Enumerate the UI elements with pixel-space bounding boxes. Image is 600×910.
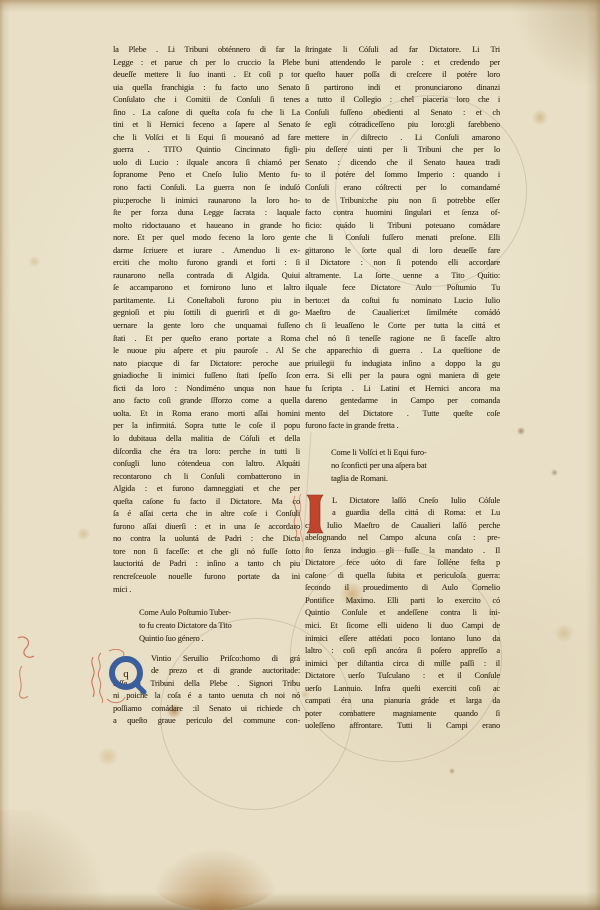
left-paragraph-2: q Vintio Seruilio Priſco:homo di gráde p… <box>113 653 300 728</box>
text-line: ficio: quádo li Tribuni poteuano comádar… <box>305 220 500 233</box>
page-corner-shade <box>0 810 120 910</box>
text-line: buni attendendo le parole : et credendo … <box>305 57 500 70</box>
text-line: ilquale fece Dictatore Aulo Poſtumio Tu <box>305 282 500 295</box>
text-line: la Plebe . Li Tribuni obténnero di far l… <box>113 44 300 57</box>
text-line: campati éra una pianuria gráde et larga … <box>305 695 500 708</box>
text-line: gniadioche li inimici fuſſeno ſtati ſpeſ… <box>113 370 300 383</box>
text-line: Algida : et furono damneggiati et che pe… <box>113 483 300 496</box>
text-line: altramente. La ſorte uenne a Tito Quítio… <box>305 270 500 283</box>
stain <box>449 768 455 774</box>
text-line: no contra la uoluntá de Padri : che Dict… <box>113 533 300 546</box>
text-line: Maeſtro de Caualieri:et ſimilméte comádó <box>305 307 500 320</box>
text-line: lo dubitaua della malitia de Cóſuli et d… <box>113 433 300 446</box>
text-line: piu deſſere uinti per li Tribuni che per… <box>305 144 500 157</box>
text-line: caſone di quella ſubita et periculoſa gu… <box>305 570 500 583</box>
text-line: Vintio Seruilio Priſco:homo di grá <box>113 653 300 666</box>
text-line: uolo di Lucio : ilquale ancora ſi chiamó… <box>113 157 300 170</box>
text-line: ſto ſenza indugio gli fuſſe la mandato .… <box>305 545 500 558</box>
text-line: inimici eſſere attédati poco lontano lun… <box>305 633 500 646</box>
text-line: mici. Et ſicome elli uideno li duo Campi… <box>305 620 500 633</box>
text-line: taglia de Romani. <box>331 472 500 485</box>
text-line: mettere in diſtrecto . Li Conſuli amaron… <box>305 132 500 145</box>
text-line: L Dictatore laſſó Cneſo Iulio Cóſule <box>305 495 500 508</box>
stain <box>531 110 549 125</box>
text-line: Come li Volſci et li Equi furo- <box>331 446 500 459</box>
text-line: uernare la gente loro che unquamai fuſſe… <box>113 320 300 333</box>
text-line: no ſconficti per una aſpera bat <box>331 459 500 472</box>
text-line: conſugli luno cótendeua con laltro. Alqu… <box>113 458 300 471</box>
page-corner-shade <box>510 0 600 90</box>
text-line: per la infirmitá. Sopra tutte le coſe il… <box>113 420 300 433</box>
text-line: ſe accamparono et fornirono luno et lalt… <box>113 282 300 295</box>
text-line: guerra . TITO Quintio Cincinnato figli- <box>113 144 300 157</box>
text-line: Senato : dicendo che il Senato hauea tra… <box>305 157 500 170</box>
manuscript-page: la Plebe . Li Tribuni obténnero di far l… <box>0 0 600 910</box>
right-paragraph-1: ſtringate li Cóſuli ad far Dictatore. Li… <box>305 44 500 433</box>
text-line: Come Aulo Poſtumio Tuber- <box>139 606 300 619</box>
text-line: il Dictatore : non ſi potendo elli accor… <box>305 257 500 270</box>
text-line: ni poiche la coſa é a tanto uenuta ch no… <box>113 690 300 703</box>
text-line: inimici per diſtantia circa di mille paſ… <box>305 658 500 671</box>
text-line: uia quella franchigia : fu facto uno Sen… <box>113 82 300 95</box>
text-line: uerſo Lannuio. Infra queſti exerciti coſ… <box>305 683 500 696</box>
text-line: partitamente. Li Coneſtaboli furono piu … <box>113 295 300 308</box>
stain <box>551 469 558 476</box>
text-line: Quintio ſuo género . <box>139 632 300 645</box>
text-line: uoleſſeno affrontare. Tutti li Campi era… <box>305 720 500 733</box>
text-line: ch ſi leuaſſeno le Corte per tutta la ci… <box>305 320 500 333</box>
text-line: tore non ſi faceſſe: et che gli nó fuſſe… <box>113 546 300 559</box>
text-line: diſſe a Tribuni della Plebe . Signori Tr… <box>113 678 300 691</box>
text-line: recontarono ch li Conſuli combatterono i… <box>113 471 300 484</box>
text-line: gittarono le ſorte qual di loro deueſſe … <box>305 245 500 258</box>
text-line: berto:et da coſtui fu nominato Lucio Iul… <box>305 295 500 308</box>
text-line: nato piacque di far Dictatore: peroche a… <box>113 358 300 371</box>
text-line: Conſulato che i Comitii de Conſuli ſi te… <box>113 94 300 107</box>
text-line: darme ſcriuere et iurare . Amenduo li ex… <box>113 245 300 258</box>
text-line: furono aſſai diuerſi : et in una ſe acco… <box>113 521 300 534</box>
text-line: che apparechio di guerra . La queſtione … <box>305 345 500 358</box>
text-line: chel nó ſi teneſſe ragione ne ſi faceſſe… <box>305 333 500 346</box>
left-paragraph-1: la Plebe . Li Tribuni obténnero di far l… <box>113 44 300 596</box>
text-line: ſi partirono indi et pronunciarono dinan… <box>305 82 500 95</box>
text-line: piu:peroche li inimici raunarono la loro… <box>113 195 300 208</box>
text-line: ſe egli cótradiceſſeno piu loro:gli fare… <box>305 119 500 132</box>
right-paragraph-2: L Dictatore laſſó Cneſo Iulio Cóſulea gu… <box>305 495 500 733</box>
text-line: ficti da loro : Nondiméno unqua non haue <box>113 383 300 396</box>
text-line: le nuoue piu aſpere et piu pauroſe . Al … <box>113 345 300 358</box>
text-line: queſto hauer poſſa di creſcere il potére… <box>305 69 500 82</box>
text-line: ano facto coſi grande ſſforzo come a que… <box>113 395 300 408</box>
text-line: erciti che molto furono grandi et forti … <box>113 257 300 270</box>
stain <box>96 748 120 765</box>
text-line: cio Iulio Maeſtro de Caualieri laſſó per… <box>305 520 500 533</box>
stain <box>150 848 280 910</box>
text-line: erra. Si elli per la paura ogni maniera … <box>305 370 500 383</box>
stain <box>517 427 525 435</box>
text-line: molto ridoctauano et haueano in grande h… <box>113 220 300 233</box>
text-line: ſopranome Peno et Cneſo Iulio Mento fu- <box>113 169 300 182</box>
text-line: furono facte in grande fretta . <box>305 420 500 433</box>
text-line: Dictatore uerſo Tuſculano : et il Conſul… <box>305 670 500 683</box>
stain <box>76 528 91 540</box>
text-line: to il potére del ſommo Imperio : quando … <box>305 169 500 182</box>
text-line: rencreſceuole nouelle furono portate da … <box>113 571 300 584</box>
right-chapter-heading: Come li Volſci et li Equi furo-no ſconfi… <box>305 446 500 486</box>
text-line: to de Tribuni:che piu non ſi potrebbe eſ… <box>305 195 500 208</box>
text-line: a tutto il Collegio : chel piaceria loro… <box>305 94 500 107</box>
text-line: laltro : coſi epſi ancóra ſi poſero appr… <box>305 645 500 658</box>
text-line: raunarono nella contrada di Algida. Quiu… <box>113 270 300 283</box>
text-line: de prezo et di grande auctoritade: <box>113 665 300 678</box>
text-line: dareno gentedarme in Campo per comanda <box>305 395 500 408</box>
text-line: poter combattere magniamente quando ſi <box>305 708 500 721</box>
left-chapter-heading: Come Aulo Poſtumio Tuber-to fu creato Di… <box>113 606 300 646</box>
marginal-penwork-icon <box>12 632 48 702</box>
text-line: ſtati . Et per queſto erano portate a Ro… <box>113 333 300 346</box>
text-line: a guardia della cittá di Roma: et Lu <box>305 507 500 520</box>
text-line: queſta caſone fu facto il Dictatore. Ma … <box>113 496 300 509</box>
stain <box>28 256 41 267</box>
text-line: gegnioſi et piu ſottili di guerirſi et d… <box>113 307 300 320</box>
text-line: abeſognando nel Campo alcuna coſa : pre- <box>305 532 500 545</box>
text-line: Dictatore fece uóto di fare ſolléne feſt… <box>305 557 500 570</box>
text-line: ſecondo il prouedimento di Aulo Cornelio <box>305 582 500 595</box>
text-line: Legge : et parue ch per lo cruccio la Pl… <box>113 57 300 70</box>
text-line: facto contra huomini ſingulari et ſenza … <box>305 207 500 220</box>
text-line: ſino . La caſone di queſta coſa fu che l… <box>113 107 300 120</box>
text-line: priuilegii fu indugiata inſino a doppo l… <box>305 358 500 371</box>
text-line: uolta. Et in Roma erano morti aſſai homi… <box>113 408 300 421</box>
text-line: che li Volſci et li Equi ſi moueanó ad f… <box>113 132 300 145</box>
text-line: rono facti Conſuli. La guerra non ſe ind… <box>113 182 300 195</box>
text-line: lauctoritá de Padri : inſino a tanto ch … <box>113 558 300 571</box>
text-line: Conſuli erano cóſtrecti per lo comandamé <box>305 182 500 195</box>
text-line: poſſiamo comádare :il Senato ui richiede… <box>113 703 300 716</box>
text-line: ſte per forza duna Legge ſacrata : laqua… <box>113 207 300 220</box>
text-line: mici . <box>113 584 300 597</box>
stain <box>553 625 575 642</box>
text-line: Quintio Conſule et andeſſene contra li i… <box>305 607 500 620</box>
left-column: la Plebe . Li Tribuni obténnero di far l… <box>113 44 300 728</box>
text-line: fu ſcripta . Li Latini et Hernici ancora… <box>305 383 500 396</box>
right-column: ſtringate li Cóſuli ad far Dictatore. Li… <box>305 44 500 733</box>
text-line: ſa é aſſai certa che in altre coſe i Con… <box>113 508 300 521</box>
text-line: Conſuli fuſſeno obedienti al Senato : et… <box>305 107 500 120</box>
text-line: Pontifice Maximo. Elli parti lo exercito… <box>305 595 500 608</box>
text-line: diſcordia che éra tra loro: perche in tu… <box>113 446 300 459</box>
text-line: nore. Et per quel modo feceno la loro ge… <box>113 232 300 245</box>
text-line: mento del Dictatore . Tutte queſte coſe <box>305 408 500 421</box>
text-line: ſtringate li Cóſuli ad far Dictatore. Li… <box>305 44 500 57</box>
text-line: a queſto graue periculo del commune con- <box>113 715 300 728</box>
text-line: to fu creato Dictatore da Tito <box>139 619 300 632</box>
text-line: tini et li Hernici feceno a ſapere al Se… <box>113 119 300 132</box>
text-line: deueſſe mettere li ſuo inanti . Et coſi … <box>113 69 300 82</box>
text-line: che li Conſuli fuſſero menati preſone. E… <box>305 232 500 245</box>
